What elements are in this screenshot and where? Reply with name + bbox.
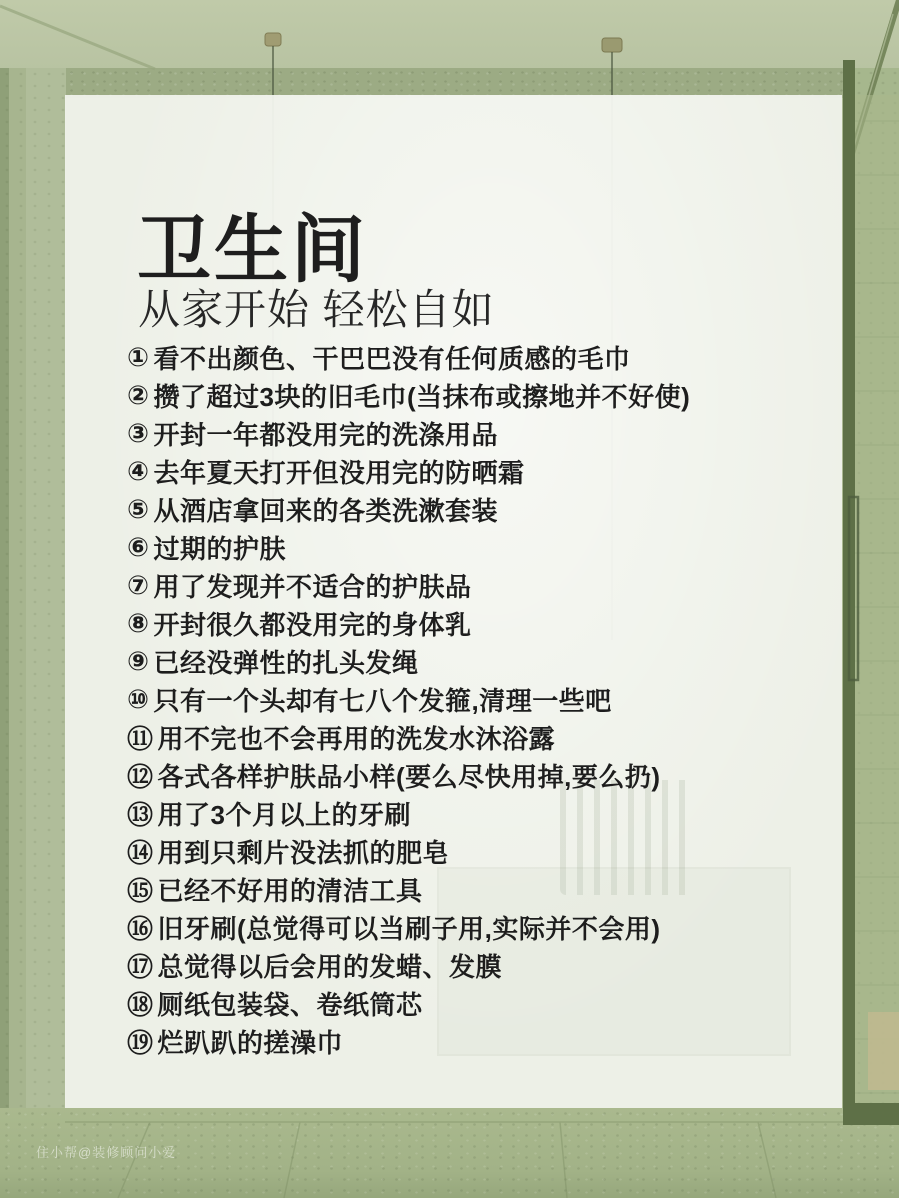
item-number: ⑱ [127,985,154,1022]
item-text: 总觉得以后会用的发蜡、发膜 [158,947,503,984]
list-item: ⑥ 过期的护肤 [127,528,822,566]
item-number: ⑥ [127,532,150,563]
list-item: ⑧ 开封很久都没用完的身体乳 [127,604,822,642]
item-text: 只有一个头却有七八个发箍,清理一些吧 [154,681,612,718]
item-text: 用了发现并不适合的护肤品 [154,567,472,604]
item-text: 用到只剩片没法抓的肥皂 [158,833,450,870]
item-text: 各式各样护肤品小样(要么尽快用掉,要么扔) [158,757,661,794]
item-text: 开封很久都没用完的身体乳 [154,605,472,642]
list-item: ⑪ 用不完也不会再用的洗发水沐浴露 [127,718,822,756]
item-text: 看不出颜色、干巴巴没有任何质感的毛巾 [154,339,631,376]
poster-title: 卫生间 [137,211,368,289]
list-item: ⑨ 已经没弹性的扎头发绳 [127,642,822,680]
item-number: ⑰ [127,947,154,984]
item-number: ① [127,342,150,373]
list-item: ⑱ 厕纸包装袋、卷纸筒芯 [127,984,822,1022]
bathroom-wall-left [0,68,66,1110]
item-number: ② [127,380,150,411]
item-number: ⑪ [127,719,154,756]
item-number: ⑧ [127,608,150,639]
list-item: ⑤ 从酒店拿回来的各类洗漱套装 [127,490,822,528]
poster-subtitle: 从家开始 轻松自如 [138,287,495,333]
list-item: ⑦ 用了发现并不适合的护肤品 [127,566,822,604]
list-item: ⑲ 烂趴趴的搓澡巾 [127,1022,822,1060]
list-item: ⑭ 用到只剩片没法抓的肥皂 [127,832,822,870]
item-number: ⑫ [127,757,154,794]
item-text: 已经不好用的清洁工具 [158,871,423,908]
list-item: ① 看不出颜色、干巴巴没有任何质感的毛巾 [127,338,822,376]
list-item: ⑫ 各式各样护肤品小样(要么尽快用掉,要么扔) [127,756,822,794]
item-number: ⑦ [127,570,150,601]
item-text: 厕纸包装袋、卷纸筒芯 [158,985,423,1022]
bathroom-wall-right [853,68,899,1110]
item-text: 去年夏天打开但没用完的防晒霜 [154,453,525,490]
item-number: ⑯ [127,909,154,946]
item-number: ⑨ [127,646,150,677]
list-item: ⑩ 只有一个头却有七八个发箍,清理一些吧 [127,680,822,718]
item-text: 开封一年都没用完的洗涤用品 [154,415,499,452]
item-number: ④ [127,456,150,487]
list-item: ⑮ 已经不好用的清洁工具 [127,870,822,908]
item-text: 用了3个月以上的牙刷 [158,795,411,832]
watermark: 住小帮@装修顾问小爱 [36,1142,176,1161]
item-number: ⑩ [127,684,150,715]
item-text: 攒了超过3块的旧毛巾(当抹布或擦地并不好使) [154,377,691,414]
list-item: ④ 去年夏天打开但没用完的防晒霜 [127,452,822,490]
item-text: 用不完也不会再用的洗发水沐浴露 [158,719,556,756]
item-text: 烂趴趴的搓澡巾 [158,1023,344,1060]
poster-card: 卫生间 从家开始 轻松自如 ① 看不出颜色、干巴巴没有任何质感的毛巾 ② 攒了超… [65,95,842,1108]
item-text: 已经没弹性的扎头发绳 [154,643,419,680]
list-item: ⑰ 总觉得以后会用的发蜡、发膜 [127,946,822,984]
item-text: 旧牙刷(总觉得可以当刷子用,实际并不会用) [158,909,661,946]
bathroom-wall-top-band [0,68,855,98]
item-number: ⑲ [127,1023,154,1060]
item-number: ⑮ [127,871,154,908]
item-text: 从酒店拿回来的各类洗漱套装 [154,491,499,528]
list-item: ③ 开封一年都没用完的洗涤用品 [127,414,822,452]
item-number: ⑬ [127,795,154,832]
item-number: ⑭ [127,833,154,870]
item-text: 过期的护肤 [154,529,287,566]
item-number: ③ [127,418,150,449]
bathroom-ceiling [0,0,899,70]
item-number: ⑤ [127,494,150,525]
list-item: ⑬ 用了3个月以上的牙刷 [127,794,822,832]
declutter-list: ① 看不出颜色、干巴巴没有任何质感的毛巾 ② 攒了超过3块的旧毛巾(当抹布或擦地… [127,338,822,1060]
list-item: ⑯ 旧牙刷(总觉得可以当刷子用,实际并不会用) [127,908,822,946]
list-item: ② 攒了超过3块的旧毛巾(当抹布或擦地并不好使) [127,376,822,414]
